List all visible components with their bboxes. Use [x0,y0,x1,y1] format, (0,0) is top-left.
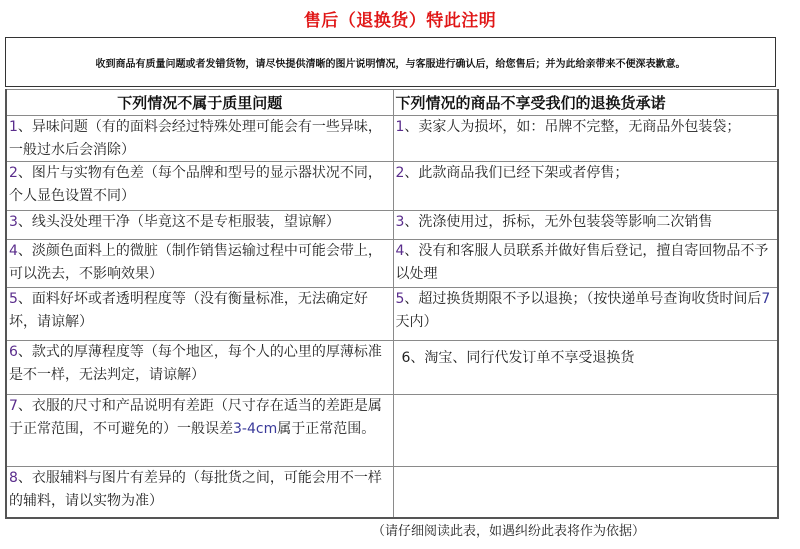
left-item-2: 2、图片与实物有色差（每个品牌和型号的显示器状况不同，个人显色设置不同） [6,162,393,211]
notice-box: 收到商品有质量问题或者发错货物，请尽快提供清晰的图片说明情况，与客服进行确认后，… [5,37,776,87]
right-item-7-empty [393,395,778,467]
left-item-8: 8、衣服辅料与图片有差异的（每批货之间，可能会用不一样的辅料，请以实物为准） [6,467,393,518]
table-header-row: 下列情况不属于质里问题 下列情况的商品不享受我们的退换货承诺 [6,90,778,116]
table-row: 8、衣服辅料与图片有差异的（每批货之间，可能会用不一样的辅料，请以实物为准） [6,467,778,518]
left-item-4: 4、淡颜色面料上的微脏（制作销售运输过程中可能会带上，可以洗去，不影响效果） [6,240,393,288]
right-item-1: 1、卖家人为损坏，如：吊牌不完整，无商品外包装袋； [393,116,778,162]
table-row: 4、淡颜色面料上的微脏（制作销售运输过程中可能会带上，可以洗去，不影响效果） 4… [6,240,778,288]
table-row: 1、异味问题（有的面料会经过特殊处理可能会有一些异味，一般过水后会消除） 1、卖… [6,116,778,162]
left-item-7: 7、衣服的尺寸和产品说明有差距（尺寸存在适当的差距是属于正常范围，不可避免的）一… [6,395,393,467]
footer-note: （请仔细阅读此表，如遇纠纷此表将作为依据） [372,520,645,539]
right-item-2: 2、此款商品我们已经下架或者停售； [393,162,778,211]
left-item-1: 1、异味问题（有的面料会经过特殊处理可能会有一些异味，一般过水后会消除） [6,116,393,162]
right-item-3: 3、洗涤使用过，拆标，无外包装袋等影响二次销售 [393,211,778,240]
page-title: 售后（退换货）特此注明 [0,6,800,31]
right-item-4: 4、没有和客服人员联系并做好售后登记，擅自寄回物品不予以处理 [393,240,778,288]
right-item-6: 6、淘宝、同行代发订单不享受退换货 [393,341,778,395]
right-item-5: 5、超过换货期限不予以退换；（按快递单号查询收货时间后7天内） [393,288,778,341]
right-item-8-empty [393,467,778,518]
header-not-quality-issues: 下列情况不属于质里问题 [6,90,393,116]
table-row: 2、图片与实物有色差（每个品牌和型号的显示器状况不同，个人显色设置不同） 2、此… [6,162,778,211]
table-row: 5、面料好坏或者透明程度等（没有衡量标准，无法确定好坏，请谅解） 5、超过换货期… [6,288,778,341]
return-policy-table: 下列情况不属于质里问题 下列情况的商品不享受我们的退换货承诺 1、异味问题（有的… [5,89,779,519]
table-row: 3、线头没处理干净（毕竟这不是专柜服装，望谅解） 3、洗涤使用过，拆标，无外包装… [6,211,778,240]
left-item-3: 3、线头没处理干净（毕竟这不是专柜服装，望谅解） [6,211,393,240]
left-item-6: 6、款式的厚薄程度等（每个地区，每个人的心里的厚薄标准是不一样，无法判定，请谅解… [6,341,393,395]
notice-text: 收到商品有质量问题或者发错货物，请尽快提供清晰的图片说明情况，与客服进行确认后，… [96,55,686,70]
table-row: 6、款式的厚薄程度等（每个地区，每个人的心里的厚薄标准是不一样，无法判定，请谅解… [6,341,778,395]
left-item-5: 5、面料好坏或者透明程度等（没有衡量标准，无法确定好坏，请谅解） [6,288,393,341]
header-no-return-cases: 下列情况的商品不享受我们的退换货承诺 [393,90,778,116]
table-row: 7、衣服的尺寸和产品说明有差距（尺寸存在适当的差距是属于正常范围，不可避免的）一… [6,395,778,467]
